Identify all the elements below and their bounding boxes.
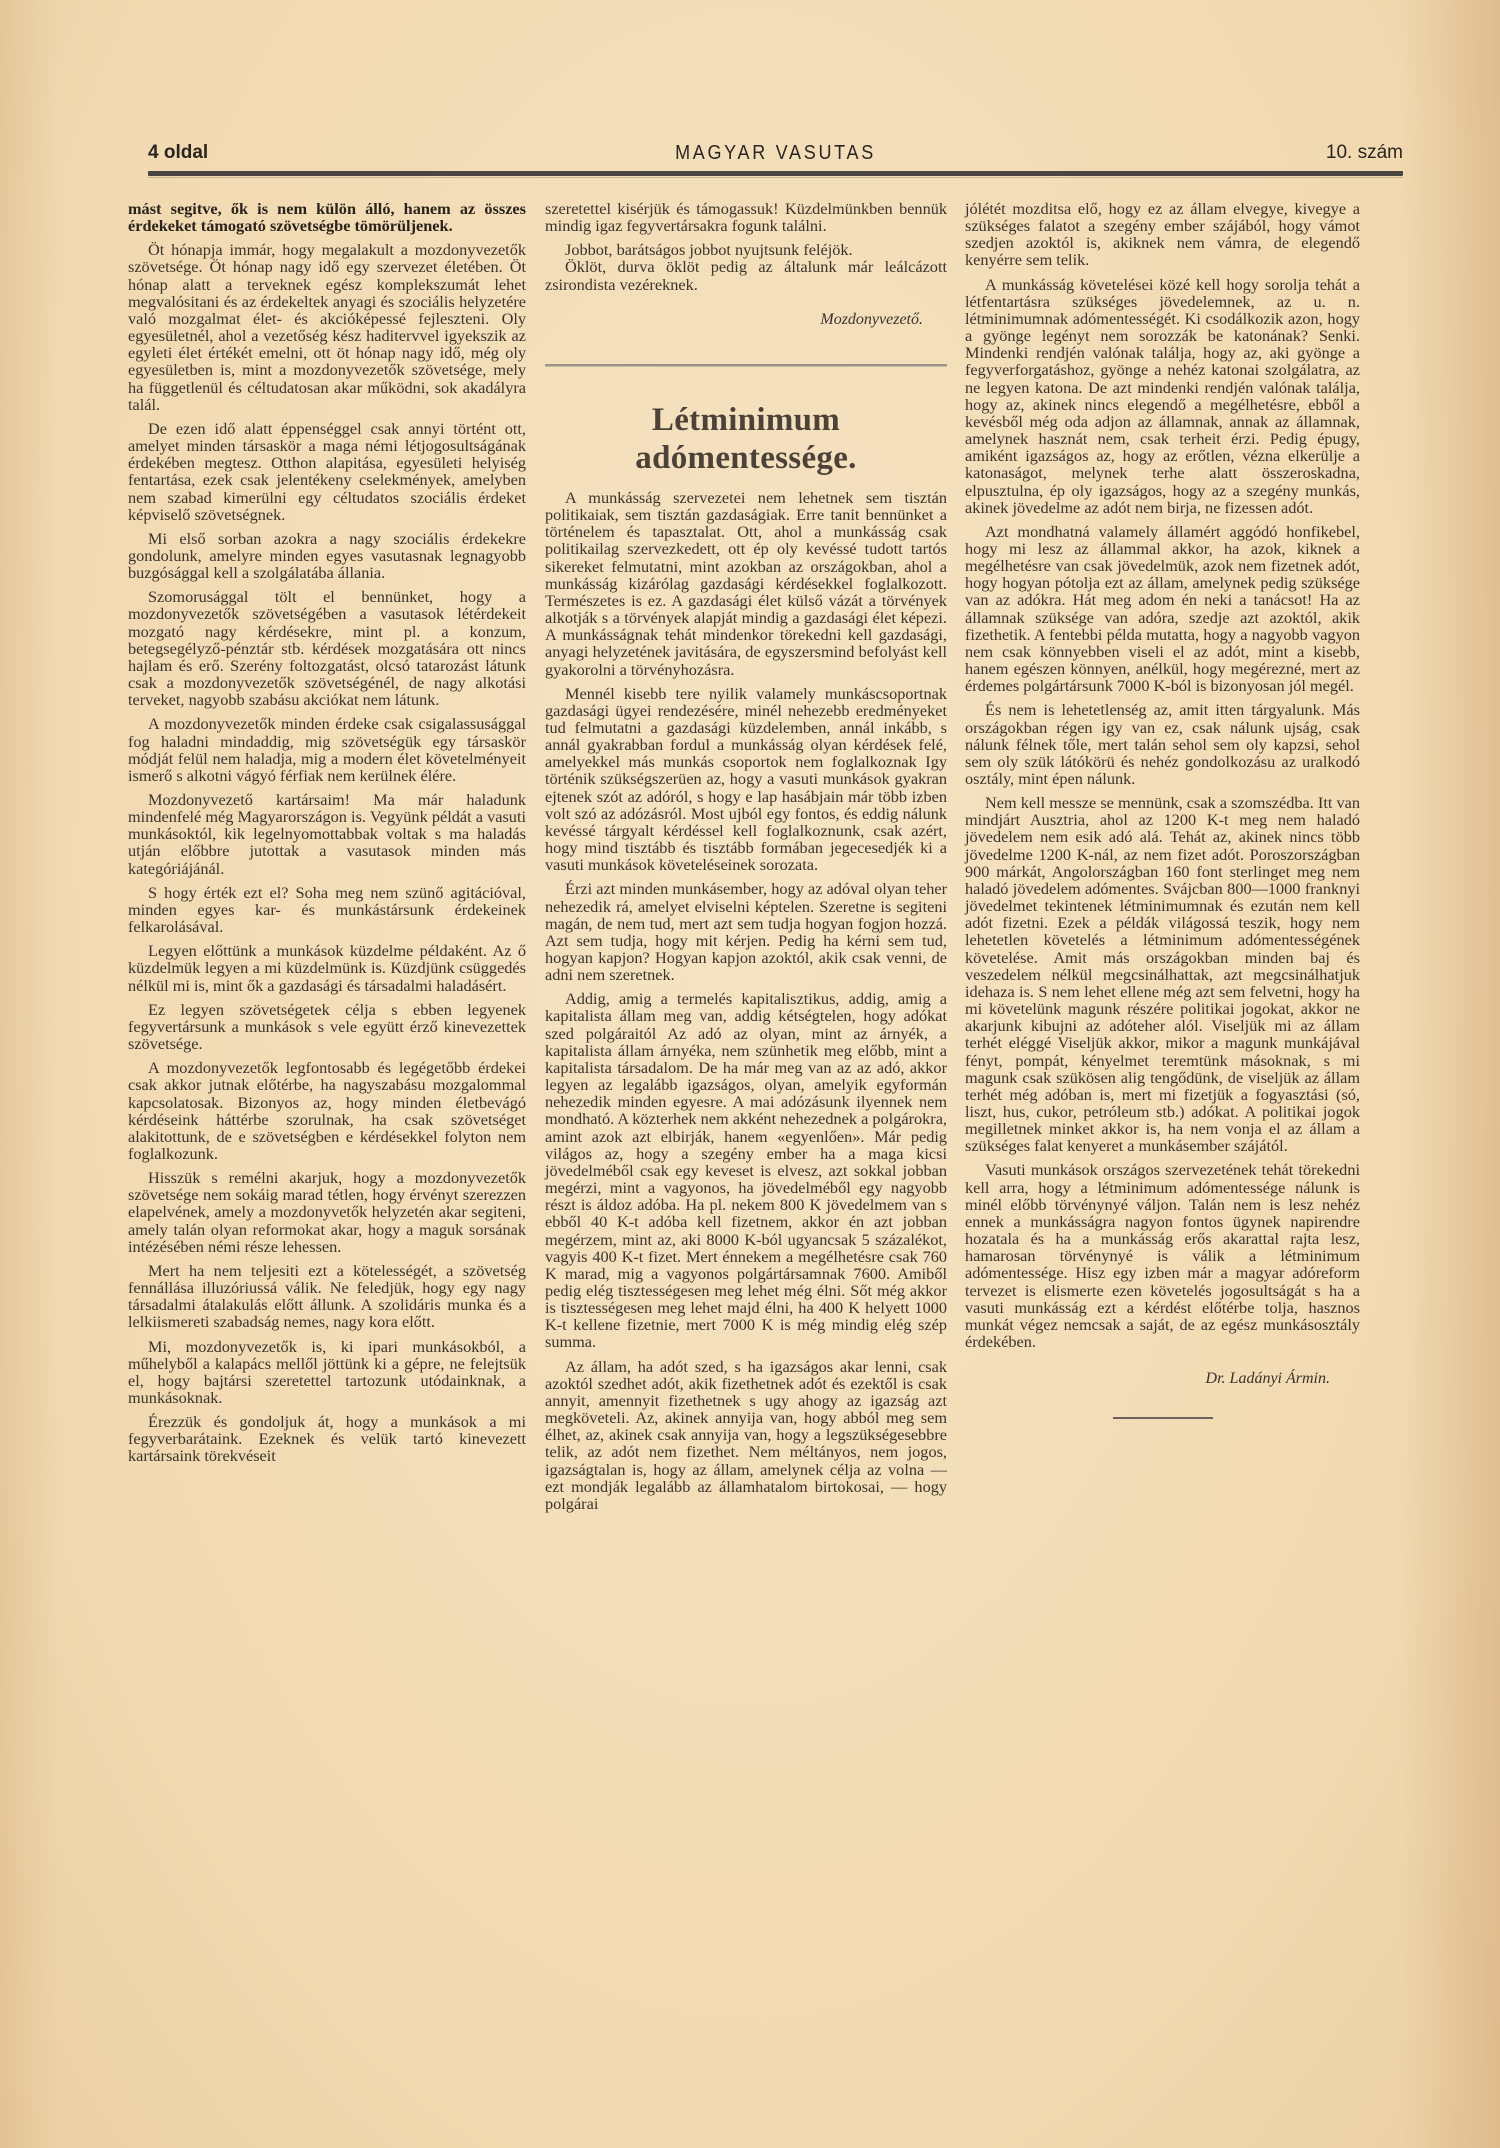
paragraph: Vasuti munkások országos szervezetének t…	[965, 1161, 1360, 1350]
column-1: mást segitve, ők is nem külön álló, hane…	[128, 200, 526, 1472]
paragraph: S hogy érték ezt el? Soha meg nem szünő …	[128, 884, 526, 935]
paragraph: Mennél kisebb tere nyilik valamely munká…	[545, 685, 947, 874]
paragraph: Érezzük és gondoljuk át, hogy a munkások…	[128, 1413, 526, 1464]
masthead: 4 oldal MAGYAR VASUTAS 10. szám	[148, 140, 1403, 170]
masthead-rule	[148, 171, 1403, 176]
paragraph: Mi, mozdonyvezetők is, ki ipari munkások…	[128, 1338, 526, 1407]
paragraph: Nem kell messze se mennünk, csak a szoms…	[965, 794, 1360, 1154]
paragraph: Az állam, ha adót szed, s ha igazságos a…	[545, 1358, 947, 1512]
paragraph: Mi első sorban azokra a nagy szociális é…	[128, 530, 526, 581]
paragraph: mást segitve, ők is nem külön álló, hane…	[128, 200, 526, 234]
paragraph: Hisszük s remélni akarjuk, hogy a mozdon…	[128, 1169, 526, 1255]
publication-title: MAGYAR VASUTAS	[211, 142, 1341, 165]
paragraph: Jobbot, barátságos jobbot nyujtsunk felé…	[545, 241, 947, 258]
paragraph: szeretettel kisérjük és támogassuk! Küzd…	[545, 200, 947, 234]
paragraph: jólétét mozditsa elő, hogy ez az állam e…	[965, 200, 1360, 269]
column-3: jólétét mozditsa elő, hogy ez az állam e…	[965, 200, 1360, 1419]
end-of-article-rule	[1113, 1417, 1213, 1419]
masthead-rule-thin	[148, 177, 1403, 178]
paragraph: Azt mondhatná valamely államért aggódó h…	[965, 523, 1360, 695]
article-title: Létminimum adómentessége.	[545, 401, 947, 477]
column-2: szeretettel kisérjük és támogassuk! Küzd…	[545, 200, 947, 1519]
article-divider	[545, 364, 947, 367]
page-number: 4 oldal	[148, 142, 208, 164]
paragraph: A munkásság szervezetei nem lehetnek sem…	[545, 489, 947, 678]
paragraph: Szomorusággal tölt el bennünket, hogy a …	[128, 588, 526, 708]
paragraph: A munkásság követelései közé kell hogy s…	[965, 276, 1360, 516]
paragraph: A mozdonyvezetők minden érdeke csak csig…	[128, 715, 526, 784]
issue-number: 10. szám	[1326, 142, 1403, 164]
paragraph: Addig, amig a termelés kapitalisztikus, …	[545, 990, 947, 1350]
paragraph: A mozdonyvezetők legfontosabb és legéget…	[128, 1059, 526, 1162]
paragraph: De ezen idő alatt éppenséggel csak annyi…	[128, 420, 526, 523]
paragraph: Ez legyen szövetségetek célja s ebben le…	[128, 1001, 526, 1052]
paragraph: Legyen előttünk a munkások küzdelme péld…	[128, 942, 526, 993]
paragraph: És nem is lehetetlenség az, amit itten t…	[965, 701, 1360, 787]
paragraph: Érzi azt minden munkásember, hogy az adó…	[545, 880, 947, 983]
paragraph: Mozdonyvezető kartársaim! Ma már haladun…	[128, 791, 526, 877]
author-signature: Dr. Ladányi Ármin.	[965, 1370, 1330, 1387]
article-signature: Mozdonyvezető.	[545, 311, 923, 328]
paragraph: Mert ha nem teljesiti ezt a kötelességét…	[128, 1262, 526, 1331]
paragraph: Öt hónapja immár, hogy megalakult a mozd…	[128, 241, 526, 413]
newspaper-page: 4 oldal MAGYAR VASUTAS 10. szám mást seg…	[0, 0, 1500, 2148]
paragraph: Öklöt, durva öklöt pedig az általunk már…	[545, 258, 947, 292]
